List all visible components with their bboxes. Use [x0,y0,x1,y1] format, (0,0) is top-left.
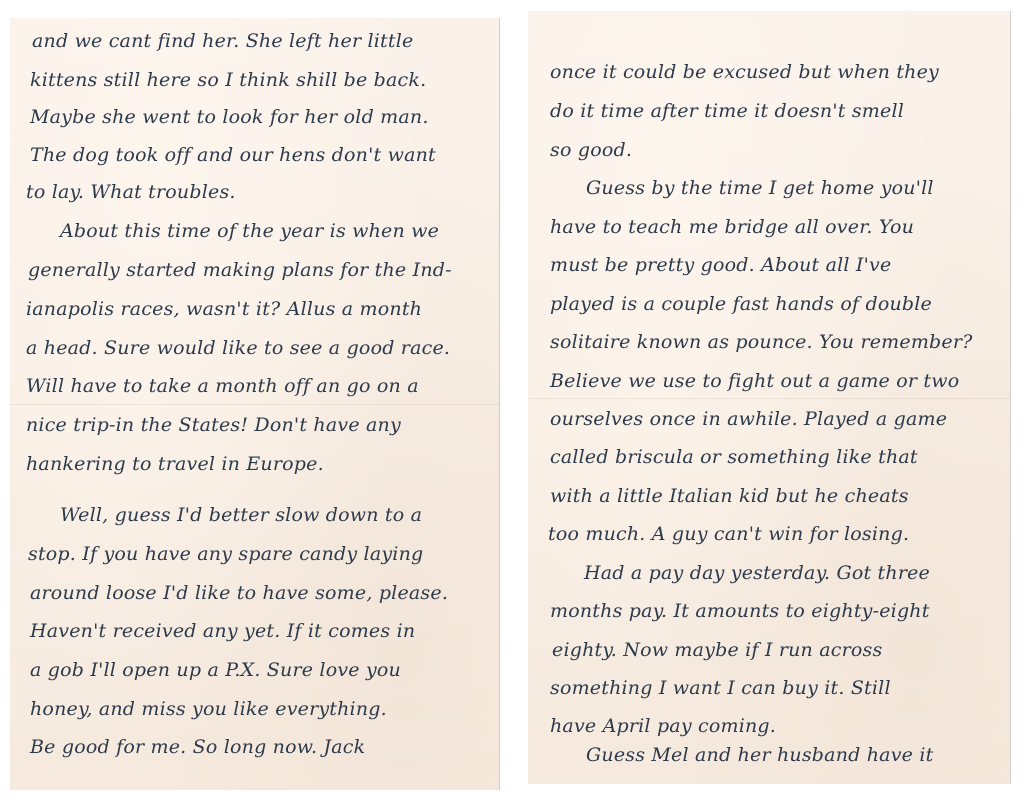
letter-line: Believe we use to fight out a game or tw… [550,372,959,391]
letter-line: hankering to travel in Europe. [26,455,324,474]
letter-line: have to teach me bridge all over. You [550,218,914,237]
letter-line: About this time of the year is when we [60,222,439,241]
letter-line: played is a couple fast hands of double [550,295,932,314]
letter-line: Guess by the time I get home you'll [586,179,934,198]
letter-line: to lay. What troubles. [26,183,236,202]
letter-line: something I want I can buy it. Still [550,679,891,698]
letter-line: The dog took off and our hens don't want [30,146,436,165]
letter-line: ianapolis races, wasn't it? Allus a mont… [26,300,422,319]
letter-page-right: once it could be excused but when they d… [528,11,1010,784]
letter-line: do it time after time it doesn't smell [550,102,904,121]
letter-line: around loose I'd like to have some, plea… [30,584,448,603]
letter-signoff: Be good for me. So long now. Jack [30,738,365,757]
letter-line: ourselves once in awhile. Played a game [550,410,947,429]
letter-line: solitaire known as pounce. You remember? [550,333,973,352]
letter-line: nice trip-in the States! Don't have any [26,416,401,435]
letter-line: stop. If you have any spare candy laying [28,545,423,564]
letter-line: eighty. Now maybe if I run across [552,641,882,660]
letter-line: have April pay coming. [550,717,776,736]
letter-line: Haven't received any yet. If it comes in [30,622,415,641]
letter-line: kittens still here so I think shill be b… [30,71,426,90]
letter-line: a gob I'll open up a P.X. Sure love you [30,661,401,680]
letter-line: generally started making plans for the I… [28,261,452,280]
letter-line: honey, and miss you like everything. [30,700,387,719]
letter-line: months pay. It amounts to eighty-eight [550,602,930,621]
letter-line: Maybe she went to look for her old man. [30,108,429,127]
letter-line: Will have to take a month off an go on a [26,377,419,396]
letter-line: once it could be excused but when they [550,63,939,82]
letter-line: too much. A guy can't win for losing. [548,525,909,544]
letter-line: so good. [550,141,632,160]
letter-line: a head. Sure would like to see a good ra… [26,339,450,358]
letter-line: and we cant find her. She left her littl… [32,32,413,51]
letter-line: with a little Italian kid but he cheats [550,487,909,506]
letter-page-left: and we cant find her. She left her littl… [10,18,499,790]
letter-line: must be pretty good. About all I've [550,256,891,275]
letter-line: called briscula or something like that [550,448,918,467]
letter-line: Well, guess I'd better slow down to a [60,506,422,525]
letter-line: Guess Mel and her husband have it [586,746,933,765]
letter-line: Had a pay day yesterday. Got three [584,564,930,583]
